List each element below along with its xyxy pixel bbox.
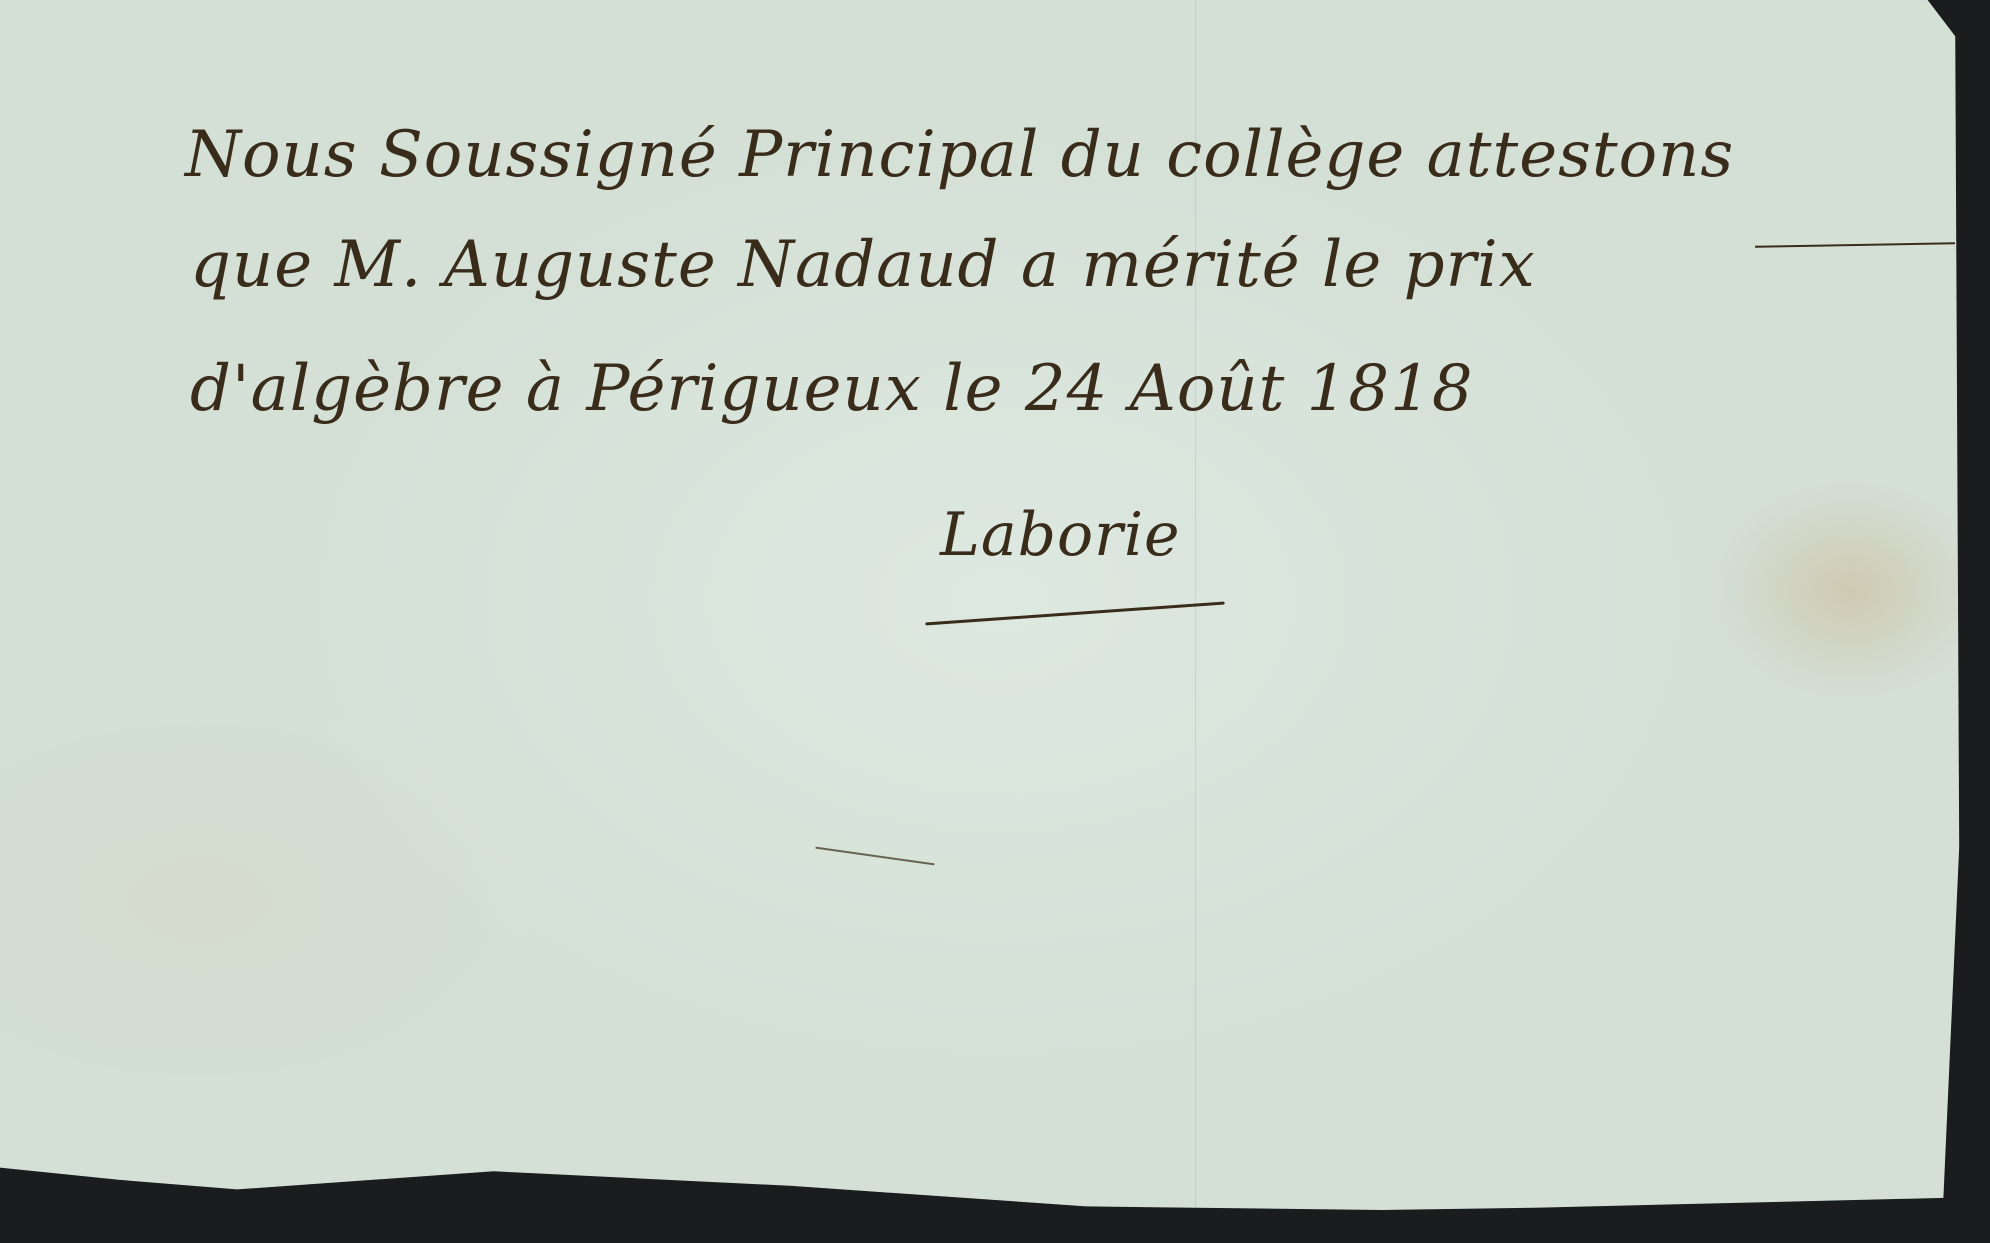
line-filler-dash: [1755, 242, 1955, 247]
paper-sheet: Nous Soussigné Principal du collège atte…: [0, 0, 1975, 1210]
signature: Laborie: [940, 500, 1181, 570]
text-line-3: d'algèbre à Périgueux le 24 Août 1818: [190, 352, 1474, 426]
signature-underline: [925, 602, 1224, 626]
text-line-1: Nous Soussigné Principal du collège atte…: [185, 118, 1734, 192]
stray-ink-mark: [815, 847, 934, 866]
text-line-2: que M. Auguste Nadaud a mérité le prix: [190, 228, 1536, 302]
